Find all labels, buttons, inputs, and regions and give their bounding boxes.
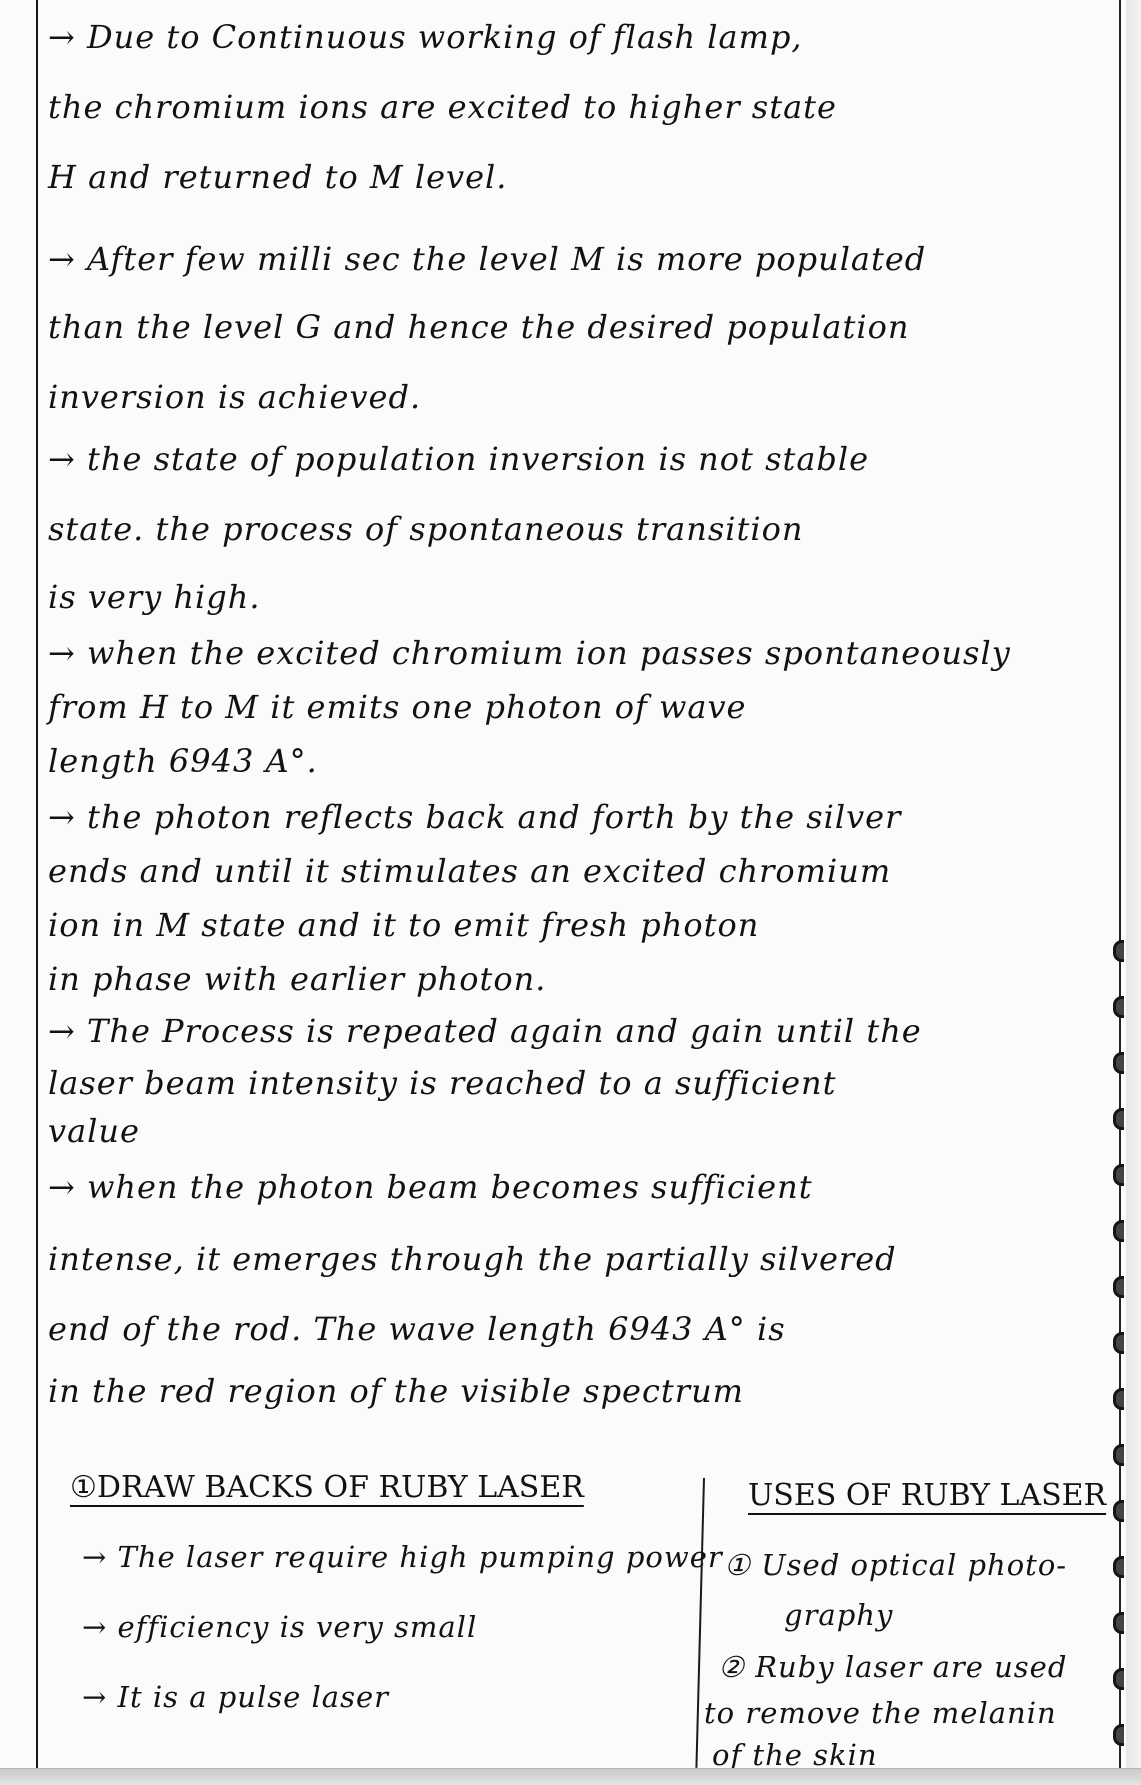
note-line: → After few milli sec the level M is mor… — [48, 240, 926, 278]
binding-ring — [1113, 1388, 1124, 1410]
note-line: → the state of population inversion is n… — [48, 440, 869, 478]
binding-ring — [1113, 1444, 1124, 1466]
note-line: ends and until it stimulates an excited … — [48, 852, 891, 890]
uses-heading: USES OF RUBY LASER — [748, 1478, 1106, 1513]
note-line: → the photon reflects back and forth by … — [48, 798, 901, 836]
note-line: ion in M state and it to emit fresh phot… — [48, 906, 759, 944]
drawback-item: → efficiency is very small — [82, 1610, 477, 1644]
note-line: in phase with earlier photon. — [48, 960, 546, 998]
binding-ring — [1113, 1500, 1124, 1522]
note-line: from H to M it emits one photon of wave — [48, 688, 746, 726]
binding-ring — [1113, 1724, 1124, 1746]
binding-ring — [1113, 1276, 1124, 1298]
binding-ring — [1113, 1052, 1124, 1074]
use-item: ① Used optical photo- — [724, 1548, 1067, 1582]
use-item: ② Ruby laser are used — [718, 1650, 1067, 1684]
note-line: H and returned to M level. — [48, 158, 507, 196]
use-item-continued: to remove the melanin — [704, 1696, 1057, 1730]
note-line: state. the process of spontaneous transi… — [48, 510, 803, 548]
bottom-edge — [0, 1768, 1141, 1785]
binding-ring — [1113, 1612, 1124, 1634]
notebook-page: → Due to Continuous working of flash lam… — [0, 0, 1126, 1768]
binding-ring — [1113, 996, 1124, 1018]
note-line: is very high. — [48, 578, 261, 616]
binding-ring — [1113, 940, 1124, 962]
note-line: end of the rod. The wave length 6943 A° … — [48, 1310, 786, 1348]
binding-ring — [1113, 1220, 1124, 1242]
binding-ring — [1113, 1164, 1124, 1186]
note-line: the chromium ions are excited to higher … — [48, 88, 837, 126]
note-line: → when the excited chromium ion passes s… — [48, 634, 1011, 672]
note-line: → Due to Continuous working of flash lam… — [48, 18, 803, 56]
page-edge-shadow — [1126, 0, 1141, 1785]
binding-ring — [1113, 1108, 1124, 1130]
use-item-continued: of the skin — [712, 1738, 878, 1772]
note-line: value — [48, 1112, 140, 1150]
binding-ring — [1113, 1332, 1124, 1354]
note-line: laser beam intensity is reached to a suf… — [48, 1064, 837, 1102]
margin-line — [36, 0, 38, 1768]
drawbacks-heading: ①DRAW BACKS OF RUBY LASER — [70, 1470, 584, 1505]
note-line: length 6943 A°. — [48, 742, 318, 780]
note-line: intense, it emerges through the partiall… — [48, 1240, 897, 1278]
drawback-item: → It is a pulse laser — [82, 1680, 389, 1714]
binding-ring — [1113, 1668, 1124, 1690]
note-line: in the red region of the visible spectru… — [48, 1372, 744, 1410]
binding-ring — [1113, 1556, 1124, 1578]
note-line: inversion is achieved. — [48, 378, 421, 416]
note-line: than the level G and hence the desired p… — [48, 308, 909, 346]
note-line: → when the photon beam becomes sufficien… — [48, 1168, 813, 1206]
note-line: → The Process is repeated again and gain… — [48, 1012, 922, 1050]
use-item-continued: graphy — [784, 1598, 893, 1632]
drawback-item: → The laser require high pumping power — [82, 1540, 723, 1574]
